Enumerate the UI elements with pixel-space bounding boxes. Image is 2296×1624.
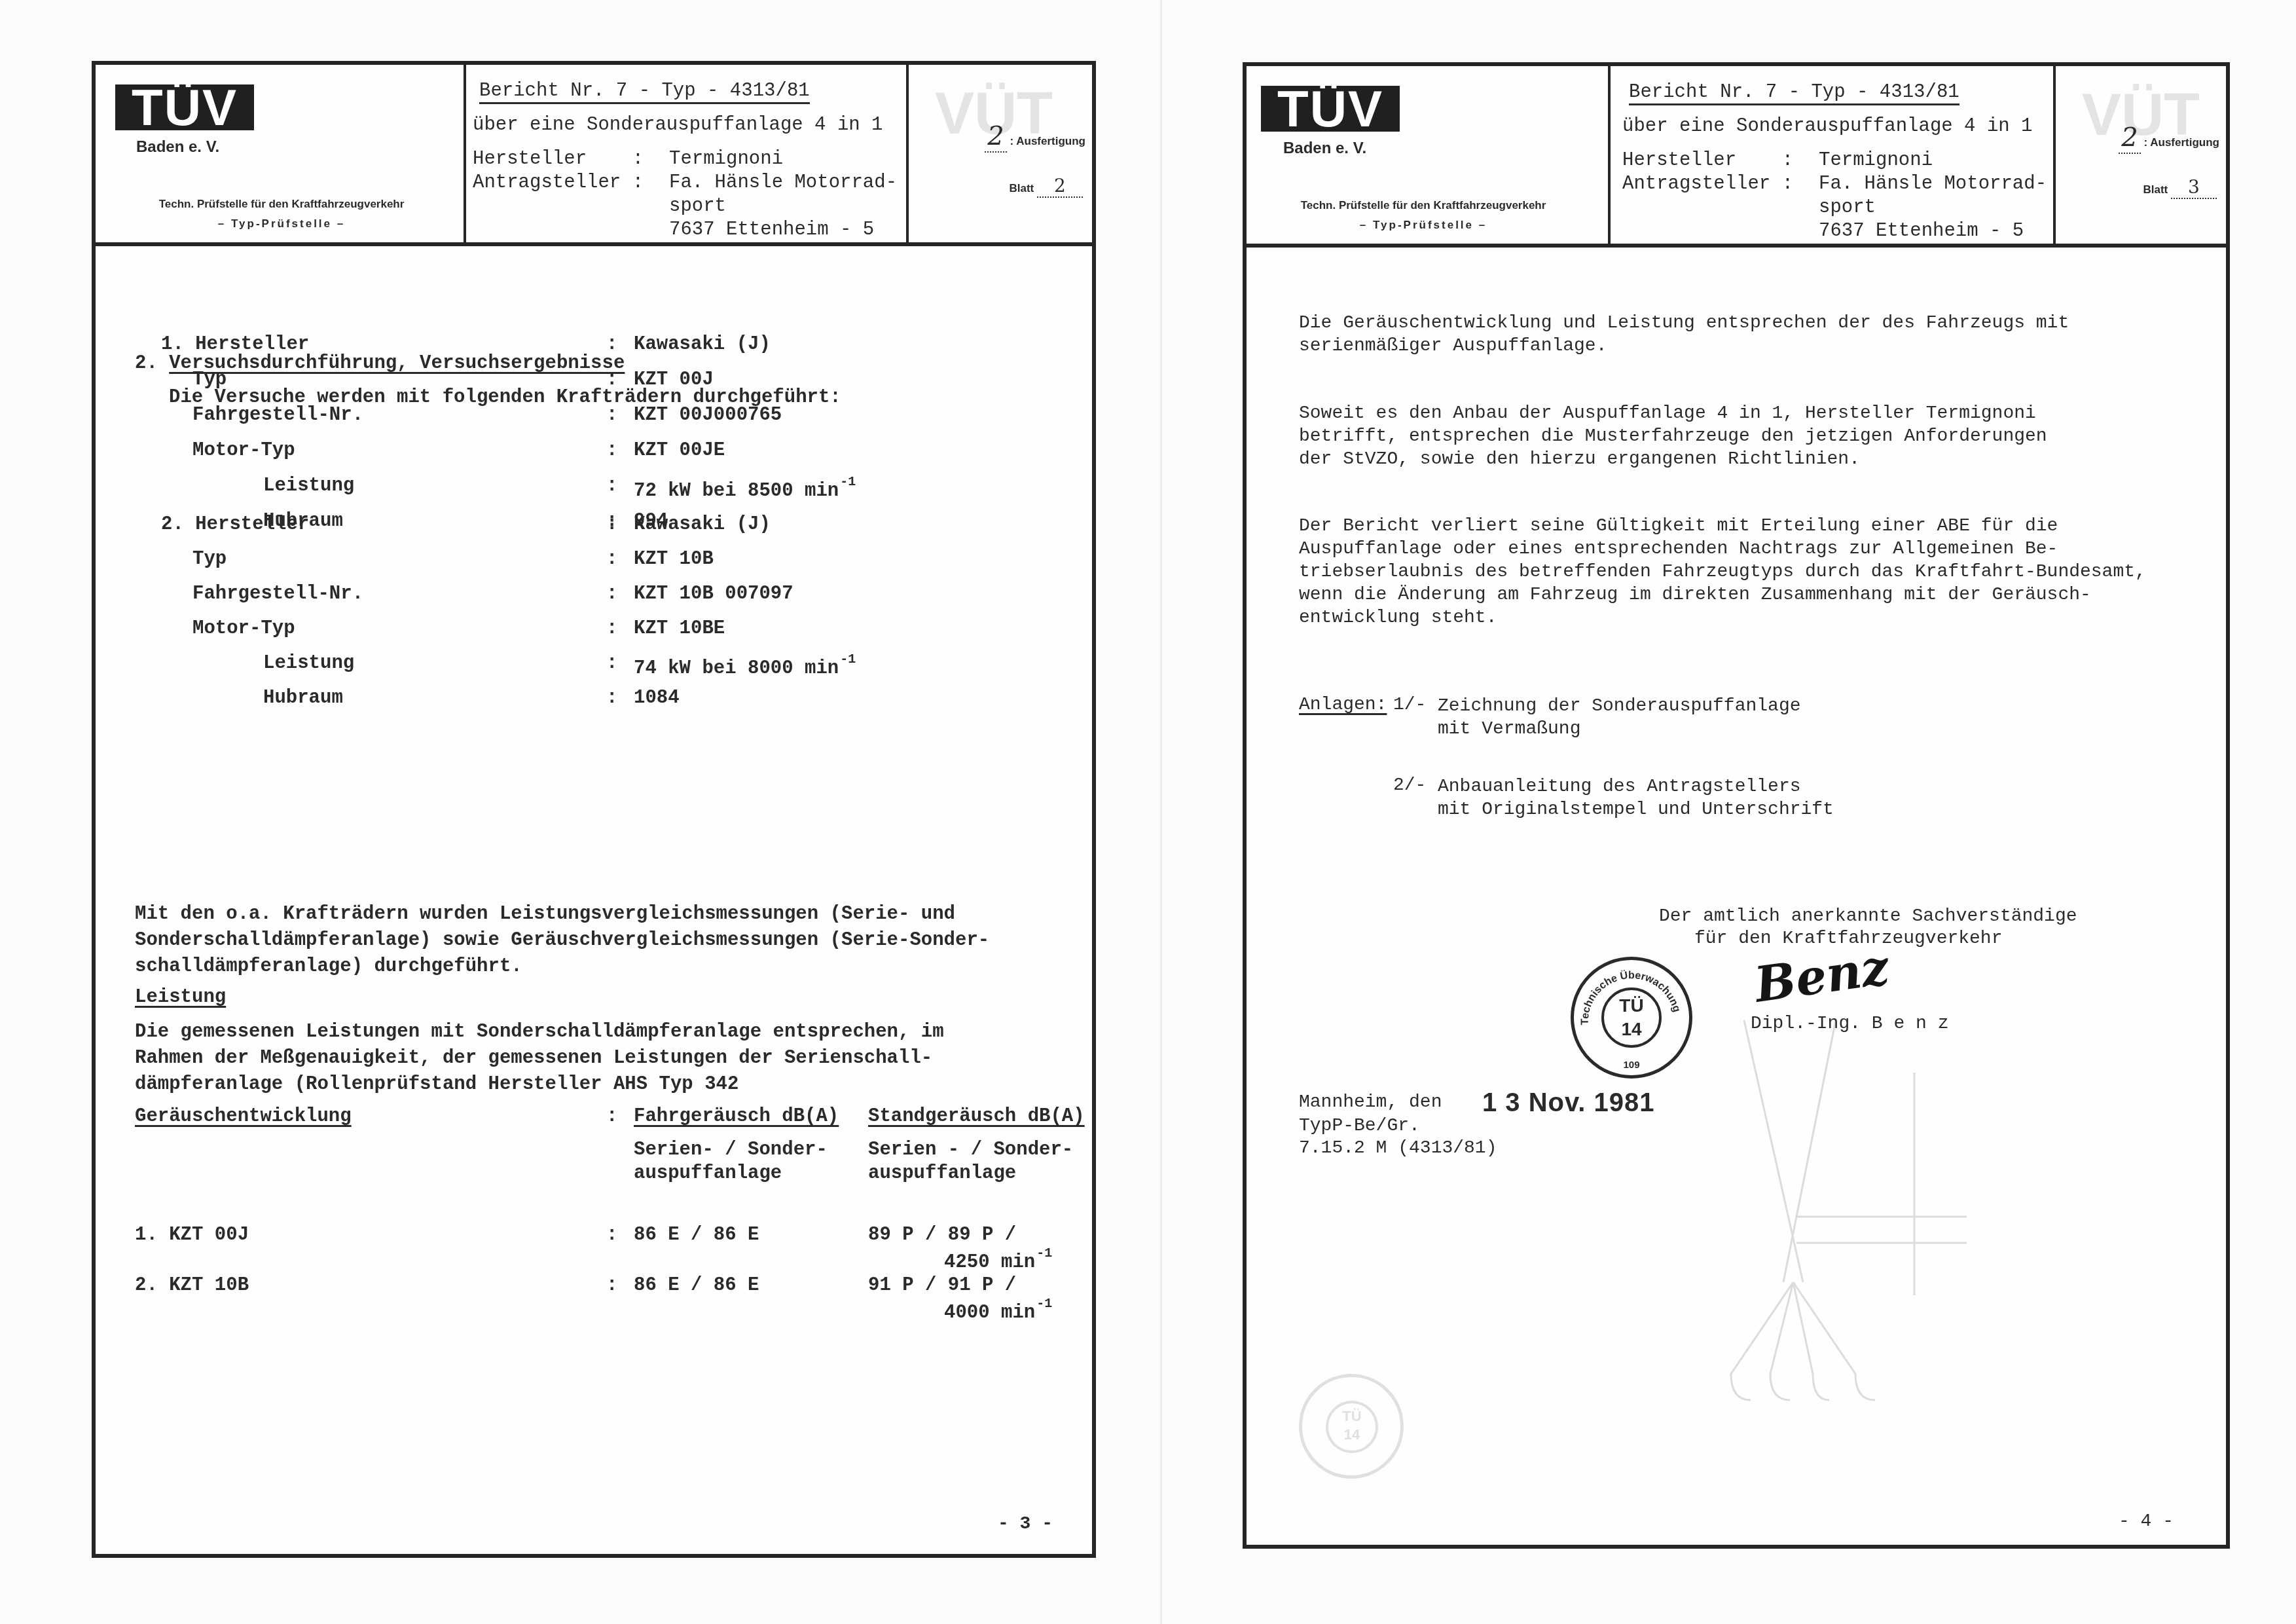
report-number: Bericht Nr. 7 - Typ - 4313/81 (1629, 81, 1959, 105)
tuv-logo: TÜV (1261, 86, 1400, 132)
vehicle-2-row: 2. Hersteller:Kawasaki (J) (96, 513, 1092, 540)
field-value: KZT 00J000765 (634, 404, 782, 426)
field-label: Fahrgestell-Nr. (192, 583, 363, 604)
official-stamp: Technische Überwachung 109 TÜ 14 (1571, 957, 1692, 1079)
vehicle-2-row: Motor-Typ:KZT 10BE (96, 618, 1092, 644)
noise-row-standgeraeusch: 91 P / 91 P / (868, 1274, 1016, 1296)
leistung-paragraph: Die gemessenen Leistungen mit Sonderscha… (135, 1019, 1078, 1098)
field-label: Motor-Typ (192, 618, 295, 639)
page-number: - 3 - (998, 1514, 1053, 1534)
col-header-fahrgeraeusch: Fahrgeräusch dB(A) (634, 1105, 839, 1127)
noise-row-fahrgeraeusch: 86 E / 86 E (634, 1224, 759, 1246)
header-title-cell: Bericht Nr. 7 - Typ - 4313/81 über eine … (466, 65, 909, 242)
attachment-text: Zeichnung der Sonderauspuffanlage mit Ve… (1438, 695, 1801, 741)
report-header: TÜV Baden e. V. Techn. Prüfstelle für de… (96, 65, 1092, 246)
exhaust-drawing-bleedthrough (1705, 1007, 1967, 1413)
header-meta-cell: TÜV 2 : Ausfertigung Blatt 3 (2056, 66, 2226, 244)
ausfertigung: 2 : Ausfertigung (985, 121, 1085, 151)
comparison-paragraph: Mit den o.a. Krafträdern wurden Leistung… (135, 901, 1078, 980)
field-value: KZT 10B (634, 548, 714, 570)
attachments-label: Anlagen: (1299, 695, 1387, 715)
conclusion-paragraph-2: Soweit es den Anbau der Auspuffanlage 4 … (1299, 402, 2202, 471)
field-label: Leistung (263, 475, 354, 496)
header-meta-cell: TÜV 2 : Ausfertigung Blatt 2 (909, 65, 1092, 242)
tuv-logo: TÜV (115, 84, 254, 130)
hersteller-field: Hersteller : Termignoni (473, 147, 901, 171)
attachment-number: 1/- (1393, 695, 1426, 715)
document-page-left: TÜV Baden e. V. Techn. Prüfstelle für de… (92, 61, 1096, 1558)
place-label: Mannheim, den (1299, 1092, 1442, 1113)
noise-row-rpm: 4000 min-1 (944, 1297, 1052, 1323)
vehicle-1-row: Typ:KZT 00J (96, 369, 1092, 395)
leistung-heading: Leistung (135, 986, 226, 1008)
field-value: 1084 (634, 687, 680, 709)
attachment-text: Anbauanleitung des Antragstellers mit Or… (1438, 775, 1834, 821)
col-header-standgeraeusch: Standgeräusch dB(A) (868, 1105, 1085, 1127)
vehicle-1-row: Motor-Typ:KZT 00JE (96, 439, 1092, 466)
signatory-title: Der amtlich anerkannte Sachverständige (1659, 906, 2077, 927)
sheet-number: Blatt 3 (2143, 176, 2217, 199)
noise-row-vehicle: 2. KZT 10B (135, 1274, 249, 1296)
page-gutter (1160, 0, 1162, 1624)
field-value: KZT 00JE (634, 439, 725, 461)
field-value: 74 kW bei 8000 min-1 (634, 652, 856, 679)
vehicle-1-row: 1. Hersteller:Kawasaki (J) (96, 333, 1092, 360)
faint-stamp-bleedthrough: TÜ14 (1299, 1374, 1404, 1479)
hersteller-field: Hersteller : Termignoni (1622, 149, 2048, 172)
antragsteller-field: Antragsteller : Fa. Hänsle Motorrad- spo… (1622, 172, 2048, 243)
col-sub-standgeraeusch: Serien - / Sonder- auspuffanlage (868, 1138, 1073, 1185)
col-sub-fahrgeraeusch: Serien- / Sonder- auspuffanlage (634, 1138, 828, 1185)
noise-row-rpm: 4250 min-1 (944, 1246, 1052, 1273)
sheet-number: Blatt 2 (1009, 175, 1083, 198)
pruefstelle-label: Techn. Prüfstelle für den Kraftfahrzeugv… (1253, 196, 1594, 235)
noise-heading: Geräuschentwicklung (135, 1105, 352, 1127)
svg-text:109: 109 (1623, 1060, 1639, 1071)
signatory-name: Dipl.-Ing. B e n z (1751, 1014, 1948, 1034)
report-number: Bericht Nr. 7 - Typ - 4313/81 (479, 80, 810, 104)
field-label: 1. Hersteller (161, 333, 309, 355)
vehicle-2-row: Typ:KZT 10B (96, 548, 1092, 574)
field-value: KZT 00J (634, 369, 714, 390)
vehicle-2-row: Hubraum:1084 (96, 687, 1092, 713)
field-value: Kawasaki (J) (634, 513, 771, 535)
field-value: Kawasaki (J) (634, 333, 771, 355)
document-page-right: TÜV Baden e. V. Techn. Prüfstelle für de… (1243, 62, 2230, 1549)
pruefstelle-line2: – Typ-Prüfstelle – (111, 214, 452, 234)
noise-row-fahrgeraeusch: 86 E / 86 E (634, 1274, 759, 1296)
field-label: Typ (192, 369, 227, 390)
stamp-center: TÜ 14 (1601, 987, 1662, 1048)
handwritten-signature: Benz (1751, 939, 1892, 1014)
left-page-body: 2. Versuchsdurchführung, Versuchsergebni… (96, 246, 1092, 1554)
noise-row-vehicle: 1. KZT 00J (135, 1224, 249, 1246)
org-name: Baden e. V. (136, 138, 219, 157)
vehicle-1-row: Leistung:72 kW bei 8500 min-1 (96, 475, 1092, 501)
field-label: Typ (192, 548, 227, 570)
page-number: - 4 - (2119, 1511, 2174, 1532)
reference-2: 7.15.2 M (4313/81) (1299, 1138, 1497, 1158)
field-label: Motor-Typ (192, 439, 295, 461)
field-label: Hubraum (263, 687, 343, 709)
ausfertigung: 2 : Ausfertigung (2119, 122, 2219, 153)
date-stamp: 1 3 Nov. 1981 (1482, 1088, 1655, 1118)
field-label: Fahrgestell-Nr. (192, 404, 363, 426)
field-label: Leistung (263, 652, 354, 674)
noise-row-standgeraeusch: 89 P / 89 P / (868, 1224, 1016, 1246)
header-title-cell: Bericht Nr. 7 - Typ - 4313/81 über eine … (1611, 66, 2056, 244)
field-label: 2. Hersteller (161, 513, 309, 535)
header-logo-cell: TÜV Baden e. V. Techn. Prüfstelle für de… (1247, 66, 1611, 244)
vehicle-1-row: Fahrgestell-Nr.:KZT 00J000765 (96, 404, 1092, 430)
org-name: Baden e. V. (1283, 139, 1366, 158)
noise-row-colon: : (606, 1274, 617, 1296)
validity-paragraph: Der Bericht verliert seine Gültigkeit mi… (1299, 515, 2202, 629)
pruefstelle-label: Techn. Prüfstelle für den Kraftfahrzeugv… (111, 194, 452, 234)
header-logo-cell: TÜV Baden e. V. Techn. Prüfstelle für de… (96, 65, 466, 242)
field-value: KZT 10BE (634, 618, 725, 639)
report-subject: über eine Sonderauspuffanlage 4 in 1 (1622, 113, 2048, 139)
report-subject: über eine Sonderauspuffanlage 4 in 1 (473, 112, 901, 138)
pruefstelle-line1: Techn. Prüfstelle für den Kraftfahrzeugv… (111, 194, 452, 214)
attachment-number: 2/- (1393, 775, 1426, 796)
conclusion-paragraph-1: Die Geräuschentwicklung und Leistung ent… (1299, 312, 2202, 358)
field-value: 72 kW bei 8500 min-1 (634, 475, 856, 502)
reference-1: TypP-Be/Gr. (1299, 1116, 1420, 1136)
report-header: TÜV Baden e. V. Techn. Prüfstelle für de… (1247, 66, 2226, 248)
antragsteller-field: Antragsteller : Fa. Hänsle Motorrad- spo… (473, 171, 901, 242)
right-page-body: Die Geräuschentwicklung und Leistung ent… (1247, 248, 2226, 1545)
noise-row-colon: : (606, 1224, 617, 1246)
vehicle-2-row: Leistung:74 kW bei 8000 min-1 (96, 652, 1092, 678)
vehicle-2-row: Fahrgestell-Nr.:KZT 10B 007097 (96, 583, 1092, 609)
field-value: KZT 10B 007097 (634, 583, 793, 604)
